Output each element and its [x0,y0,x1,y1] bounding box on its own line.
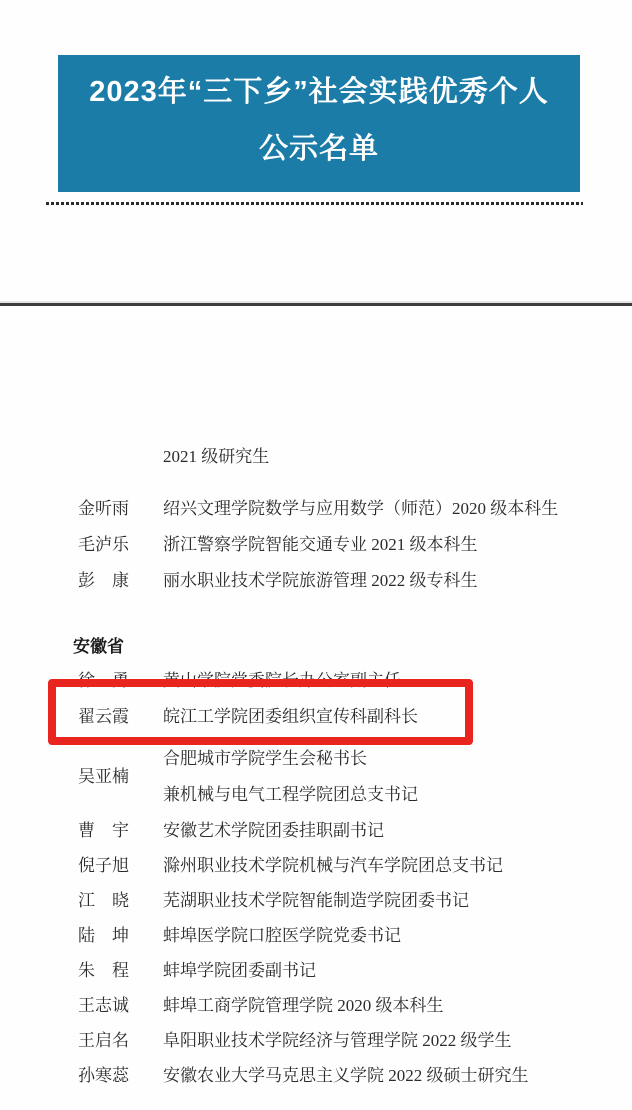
person-name: 毛泸乐 [78,527,163,563]
person-title: 绍兴文理学院数学与应用数学（师范）2020 级本科生 [163,491,632,527]
person-title-line: 阜阳职业技术学院经济与管理学院 2022 级学生 [163,1023,632,1058]
list-item: 陆 坤蚌埠医学院口腔医学院党委书记 [0,918,632,953]
person-title-line: 黄山学院党委院长办公室副主任 [163,663,632,699]
person-name: 曹 宇 [78,813,163,848]
person-name: 金听雨 [78,491,163,527]
person-title-line: 丽水职业技术学院旅游管理 2022 级专科生 [163,563,632,599]
person-title-line: 浙江警察学院智能交通专业 2021 级本科生 [163,527,632,563]
list-item: 孙寒蕊安徽农业大学马克思主义学院 2022 级硕士研究生 [0,1058,632,1093]
section-header-anhui: 安徽省 [73,631,632,663]
person-title-line: 安徽艺术学院团委挂职副书记 [163,813,632,848]
list-item: 王志诚蚌埠工商学院管理学院 2020 级本科生 [0,988,632,1023]
person-title: 黄山学院党委院长办公室副主任 [163,663,632,699]
person-title: 合肥城市学院学生会秘书长兼机械与电气工程学院团总支书记 [163,741,632,813]
person-name: 王启名 [78,1023,163,1058]
person-title: 浙江警察学院智能交通专业 2021 级本科生 [163,527,632,563]
person-title: 安徽艺术学院团委挂职副书记 [163,813,632,848]
person-title-line: 安徽农业大学马克思主义学院 2022 级硕士研究生 [163,1058,632,1093]
person-title: 安徽农业大学马克思主义学院 2022 级硕士研究生 [163,1058,632,1093]
person-title: 丽水职业技术学院旅游管理 2022 级专科生 [163,563,632,599]
person-name: 朱 程 [78,953,163,988]
continuation-note: 2021 级研究生 [163,445,632,469]
person-title: 芜湖职业技术学院智能制造学院团委书记 [163,883,632,918]
person-name: 翟云霞 [78,699,163,735]
person-name: 孙寒蕊 [78,1058,163,1093]
anhui-rows: 徐 勇黄山学院党委院长办公室副主任翟云霞皖江工学院团委组织宣传科副科长吴亚楠合肥… [0,663,632,1093]
person-title-line: 绍兴文理学院数学与应用数学（师范）2020 级本科生 [163,491,632,527]
person-name: 陆 坤 [78,918,163,953]
title-banner: 2023年“三下乡”社会实践优秀个人 公示名单 [58,55,580,192]
list-item: 彭 康丽水职业技术学院旅游管理 2022 级专科生 [0,563,632,599]
banner-title-line2: 公示名单 [259,126,379,172]
list-item: 金听雨绍兴文理学院数学与应用数学（师范）2020 级本科生 [0,491,632,527]
person-name: 倪子旭 [78,848,163,883]
document-body: 2021 级研究生 金听雨绍兴文理学院数学与应用数学（师范）2020 级本科生毛… [0,305,632,1093]
person-title: 蚌埠工商学院管理学院 2020 级本科生 [163,988,632,1023]
document-page: 2023年“三下乡”社会实践优秀个人 公示名单 2021 级研究生 金听雨绍兴文… [0,0,632,1110]
person-name: 吴亚楠 [78,759,163,795]
person-title-line: 滁州职业技术学院机械与汽车学院团总支书记 [163,848,632,883]
person-title: 皖江工学院团委组织宣传科副科长 [163,699,632,735]
dotted-divider [46,202,583,205]
person-title-line: 蚌埠学院团委副书记 [163,953,632,988]
person-title: 阜阳职业技术学院经济与管理学院 2022 级学生 [163,1023,632,1058]
person-name: 彭 康 [78,563,163,599]
person-name: 王志诚 [78,988,163,1023]
list-item: 倪子旭滁州职业技术学院机械与汽车学院团总支书记 [0,848,632,883]
list-item: 翟云霞皖江工学院团委组织宣传科副科长 [0,699,632,735]
person-title: 蚌埠医学院口腔医学院党委书记 [163,918,632,953]
list-item: 毛泸乐浙江警察学院智能交通专业 2021 级本科生 [0,527,632,563]
person-title-line: 芜湖职业技术学院智能制造学院团委书记 [163,883,632,918]
person-title-line: 蚌埠工商学院管理学院 2020 级本科生 [163,988,632,1023]
person-title-line: 兼机械与电气工程学院团总支书记 [163,777,632,813]
person-name: 江 晓 [78,883,163,918]
person-title-line: 蚌埠医学院口腔医学院党委书记 [163,918,632,953]
list-item: 朱 程蚌埠学院团委副书记 [0,953,632,988]
banner-title-line1: 2023年“三下乡”社会实践优秀个人 [89,69,549,115]
list-item: 吴亚楠合肥城市学院学生会秘书长兼机械与电气工程学院团总支书记 [0,741,632,813]
list-item: 曹 宇安徽艺术学院团委挂职副书记 [0,813,632,848]
list-item: 江 晓芜湖职业技术学院智能制造学院团委书记 [0,883,632,918]
person-title-line: 皖江工学院团委组织宣传科副科长 [163,699,632,735]
zhejiang-rows: 金听雨绍兴文理学院数学与应用数学（师范）2020 级本科生毛泸乐浙江警察学院智能… [0,491,632,599]
person-name: 徐 勇 [78,663,163,699]
list-item: 徐 勇黄山学院党委院长办公室副主任 [0,663,632,699]
list-item: 王启名阜阳职业技术学院经济与管理学院 2022 级学生 [0,1023,632,1058]
person-title: 蚌埠学院团委副书记 [163,953,632,988]
person-title: 滁州职业技术学院机械与汽车学院团总支书记 [163,848,632,883]
person-title-line: 合肥城市学院学生会秘书长 [163,741,632,777]
